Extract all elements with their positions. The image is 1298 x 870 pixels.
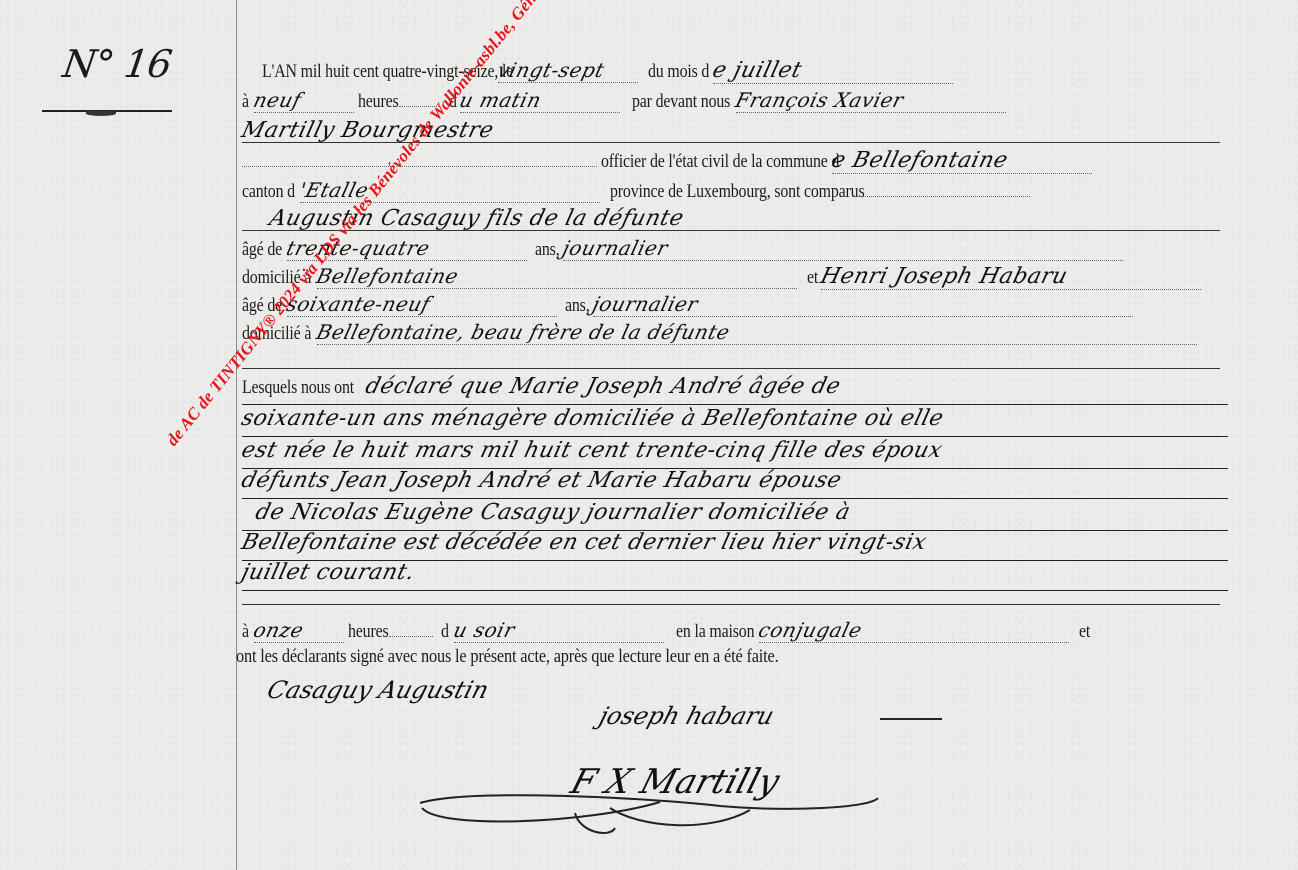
- printed-text: du mois d: [648, 62, 709, 83]
- printed-text: officier de l'état civil de la commune d: [601, 152, 839, 173]
- printed-text: heures: [358, 92, 399, 113]
- handwritten-declaration: soixante-un ans ménagère domiciliée à Be…: [239, 406, 946, 431]
- handwritten-declaration: juillet courant.: [239, 560, 418, 585]
- handwritten-period: u matin: [457, 88, 544, 112]
- handwritten-age2: soixante-neuf: [284, 292, 433, 316]
- handwritten-declaration: Bellefontaine est décédée en cet dernier…: [239, 530, 929, 555]
- declaration-line: Bellefontaine est décédée en cet dernier…: [242, 530, 1228, 561]
- handwritten-occupation1: journalier: [560, 236, 671, 260]
- handwritten-death-period: u soir: [451, 618, 517, 642]
- printed-text: âgé de: [242, 240, 282, 261]
- canton-field: 'Etalle: [300, 178, 600, 203]
- line-death-time: à onze heures d u soir en la maison conj…: [242, 618, 1220, 646]
- occupation2-field: journalier: [593, 292, 1133, 317]
- handwritten-age1: trente-quatre: [284, 236, 432, 260]
- printed-text: et: [1079, 622, 1090, 643]
- declaration-line: défunts Jean Joseph André et Marie Habar…: [242, 468, 1228, 499]
- period-field: u matin: [460, 88, 620, 113]
- declaration-label: Lesquels nous ont: [242, 378, 354, 399]
- signature-paraph: [410, 788, 880, 848]
- margin-rule: [236, 0, 237, 870]
- occupation1-field: journalier: [563, 236, 1123, 261]
- line-age2: âgé de soixante-neuf ans, journalier: [242, 292, 1220, 320]
- fill-dots: [242, 166, 597, 167]
- declaration-line: Lesquels nous ont déclaré que Marie Jose…: [242, 374, 1228, 405]
- ink-blot: [86, 111, 116, 116]
- printed-text: province de Luxembourg, sont comparus: [610, 182, 864, 203]
- handwritten-declaration: est née le huit mars mil huit cent trent…: [239, 438, 945, 463]
- handwritten-declarant2: Henri Joseph Habaru: [818, 264, 1070, 289]
- closing-statement: ont les déclarants signé avec nous le pr…: [236, 646, 1220, 674]
- line-age1: âgé de trente-quatre ans, journalier: [242, 236, 1220, 264]
- commune-field: e Bellefontaine: [832, 148, 1092, 174]
- age2-field: soixante-neuf: [287, 292, 557, 317]
- death-place-field: conjugale: [759, 618, 1069, 643]
- handwritten-occupation2: journalier: [590, 292, 701, 316]
- death-period-field: u soir: [454, 618, 664, 643]
- handwritten-declaration: déclaré que Marie Joseph André âgée de: [363, 374, 843, 399]
- declaration-line: juillet courant.: [242, 560, 1228, 591]
- printed-text: ans,: [535, 240, 560, 261]
- handwritten-month: e juillet: [710, 58, 805, 83]
- signature-declarant2: joseph habaru: [596, 702, 777, 730]
- declarant2-field: Henri Joseph Habaru: [821, 264, 1201, 290]
- handwritten-domicile2: Bellefontaine, beau frère de la défunte: [314, 320, 732, 344]
- handwritten-death-place: conjugale: [756, 618, 865, 642]
- line-domicile1: domicilié à Bellefontaine et Henri Josep…: [242, 264, 1220, 292]
- printed-text: à: [242, 622, 249, 643]
- day-field: vingt-sept: [498, 58, 638, 83]
- printed-text: ans,: [565, 296, 590, 317]
- month-field: e juillet: [713, 58, 953, 84]
- line-domicile2: domicilié à Bellefontaine, beau frère de…: [242, 320, 1220, 348]
- printed-text: d: [441, 622, 449, 643]
- rule: [242, 604, 1220, 605]
- handwritten-declarant1: Augustin Casaguy fils de la défunte: [239, 206, 687, 231]
- handwritten-commune: e Bellefontaine: [829, 148, 1011, 173]
- handwritten-declaration: défunts Jean Joseph André et Marie Habar…: [239, 468, 844, 493]
- handwritten-death-hour: onze: [251, 618, 306, 642]
- line-hour: à neuf heures d u matin par devant nous …: [242, 88, 1220, 116]
- fill-dots: [860, 196, 1030, 197]
- declaration-line: est née le huit mars mil huit cent trent…: [242, 438, 1228, 469]
- rule: [242, 142, 1220, 143]
- handwritten-day: vingt-sept: [495, 58, 607, 82]
- handwritten-officer-firstname: François Xavier: [733, 88, 906, 112]
- handwritten-officer-title: Martilly Bourgmestre: [239, 118, 496, 143]
- printed-text: par devant nous: [632, 92, 730, 113]
- handwritten-hour: neuf: [251, 88, 304, 112]
- hour-field: neuf: [254, 88, 354, 113]
- line-date: L'AN mil huit cent quatre-vingt-seize, l…: [242, 58, 1220, 86]
- signature-declarant1: Casaguy Augustin: [264, 676, 492, 704]
- acte-number: N° 16: [59, 42, 175, 86]
- domicile2-field: Bellefontaine, beau frère de la défunte: [317, 320, 1197, 345]
- domicile1-field: Bellefontaine: [317, 264, 797, 289]
- fill-dots: [389, 636, 433, 637]
- rule: [242, 230, 1220, 231]
- handwritten-domicile1: Bellefontaine: [314, 264, 461, 288]
- declaration-line: soixante-un ans ménagère domiciliée à Be…: [242, 406, 1228, 437]
- printed-text: et: [807, 268, 818, 289]
- printed-text: à: [242, 92, 249, 113]
- printed-text: heures: [348, 622, 389, 643]
- signature-flourish-line: [880, 718, 942, 720]
- rule: [242, 368, 1220, 369]
- declaration-line: de Nicolas Eugène Casaguy journalier dom…: [242, 500, 1228, 531]
- closing-text: ont les déclarants signé avec nous le pr…: [236, 646, 779, 668]
- printed-text: canton d: [242, 182, 295, 203]
- death-hour-field: onze: [254, 618, 344, 643]
- printed-text: en la maison: [676, 622, 754, 643]
- officer-name-field: François Xavier: [736, 88, 1006, 113]
- handwritten-declaration: de Nicolas Eugène Casaguy journalier dom…: [239, 500, 853, 525]
